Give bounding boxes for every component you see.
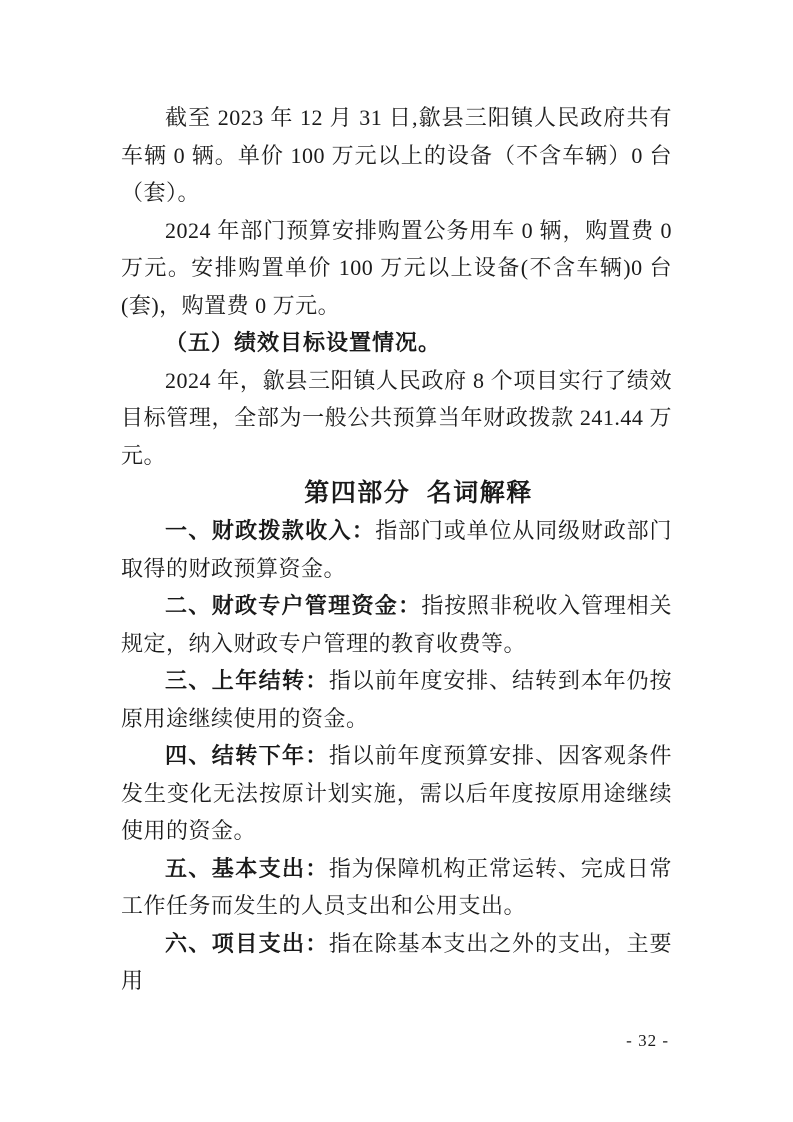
term-item-5: 五、基本支出：指为保障机构正常运转、完成日常工作任务而发生的人员支出和公用支出。 bbox=[121, 850, 672, 925]
term-item-4: 四、结转下年：指以前年度预算安排、因客观条件发生变化无法按原计划实施，需以后年度… bbox=[121, 737, 672, 850]
term-item-6: 六、项目支出：指在除基本支出之外的支出，主要用 bbox=[121, 925, 672, 1000]
term-label: 五、基本支出： bbox=[165, 856, 329, 881]
page-number: - 32 - bbox=[626, 1029, 669, 1053]
term-label: 三、上年结转： bbox=[165, 668, 329, 693]
document-page: 截至 2023 年 12 月 31 日,歙县三阳镇人民政府共有车辆 0 辆。单价… bbox=[0, 0, 793, 1122]
document-body: 截至 2023 年 12 月 31 日,歙县三阳镇人民政府共有车辆 0 辆。单价… bbox=[121, 99, 672, 1000]
term-label: 二、财政专户管理资金： bbox=[165, 593, 421, 618]
term-item-2: 二、财政专户管理资金：指按照非税收入管理相关规定，纳入财政专户管理的教育收费等。 bbox=[121, 587, 672, 662]
paragraph-vehicle-budget: 2024 年部门预算安排购置公务用车 0 辆，购置费 0 万元。安排购置单价 1… bbox=[121, 212, 672, 325]
term-item-3: 三、上年结转：指以前年度安排、结转到本年仍按原用途继续使用的资金。 bbox=[121, 662, 672, 737]
term-label: 四、结转下年： bbox=[165, 743, 329, 768]
subsection-heading-performance: （五）绩效目标设置情况。 bbox=[121, 324, 672, 362]
section-title: 第四部分 名词解释 bbox=[121, 474, 672, 512]
term-item-1: 一、财政拨款收入：指部门或单位从同级财政部门取得的财政预算资金。 bbox=[121, 512, 672, 587]
term-label: 六、项目支出： bbox=[165, 931, 329, 956]
paragraph-vehicle-status: 截至 2023 年 12 月 31 日,歙县三阳镇人民政府共有车辆 0 辆。单价… bbox=[121, 99, 672, 212]
paragraph-performance: 2024 年，歙县三阳镇人民政府 8 个项目实行了绩效目标管理，全部为一般公共预… bbox=[121, 362, 672, 475]
term-label: 一、财政拨款收入： bbox=[165, 518, 375, 543]
